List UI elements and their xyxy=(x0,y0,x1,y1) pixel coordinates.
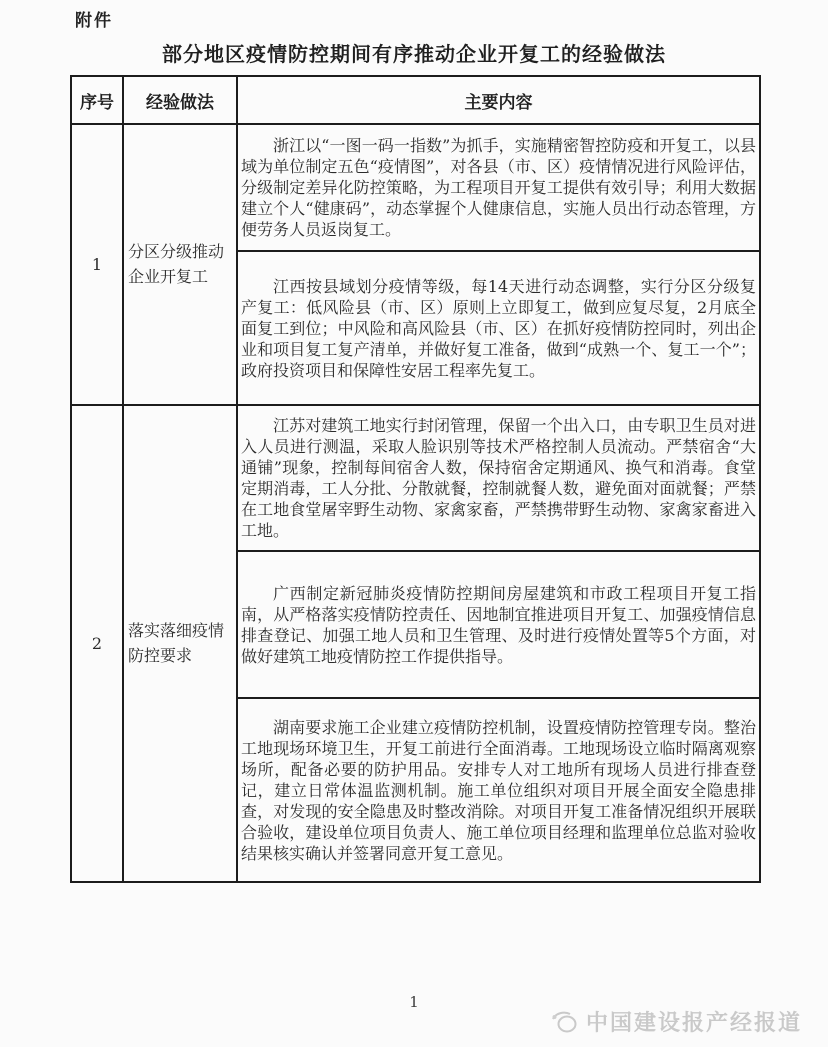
cjsb-logo-icon xyxy=(550,1009,580,1035)
content-cell-jiangsu: 江苏对建筑工地实行封闭管理，保留一个出入口，由专职卫生员对进入人员进行测温，采取… xyxy=(237,405,760,551)
page-title: 部分地区疫情防控期间有序推动企业开复工的经验做法 xyxy=(0,38,828,67)
table-header-row: 序号 经验做法 主要内容 xyxy=(71,76,760,124)
content-cell-jiangxi: 江西按县域划分疫情等级，每14天进行动态调整，实行分区分级复产复工：低风险县（市… xyxy=(237,251,760,405)
experience-table: 序号 经验做法 主要内容 1 分区分级推动企业开复工 浙江以“一图一码一指数”为… xyxy=(70,75,759,883)
header-cell-index: 序号 xyxy=(71,76,123,124)
attachment-label: 附件 xyxy=(75,6,113,31)
content-paragraph: 江西按县域划分疫情等级，每14天进行动态调整，实行分区分级复产复工：低风险县（市… xyxy=(241,276,756,381)
content-paragraph: 广西制定新冠肺炎疫情防控期间房屋建筑和市政工程项目开复工指南，从严格落实疫情防控… xyxy=(241,583,756,667)
practice-name-cell: 落实落细疫情防控要求 xyxy=(123,405,237,882)
table-row: 2 落实落细疫情防控要求 江苏对建筑工地实行封闭管理，保留一个出入口，由专职卫生… xyxy=(71,405,760,551)
content-cell-guangxi: 广西制定新冠肺炎疫情防控期间房屋建筑和市政工程项目开复工指南，从严格落实疫情防控… xyxy=(237,551,760,698)
table-row: 1 分区分级推动企业开复工 浙江以“一图一码一指数”为抓手，实施精密智控防疫和开… xyxy=(71,124,760,251)
watermark-text: 中国建设报产经报道 xyxy=(586,1006,802,1037)
content-cell-hunan: 湖南要求施工企业建立疫情防控机制，设置疫情防控管理专岗。整治工地现场环境卫生，开… xyxy=(237,698,760,882)
content-paragraph: 浙江以“一图一码一指数”为抓手，实施精密智控防疫和开复工，以县域为单位制定五色“… xyxy=(241,135,756,240)
row-index-cell: 1 xyxy=(71,124,123,405)
content-paragraph: 江苏对建筑工地实行封闭管理，保留一个出入口，由专职卫生员对进入人员进行测温，采取… xyxy=(241,415,756,541)
practice-name-cell: 分区分级推动企业开复工 xyxy=(123,124,237,405)
watermark: 中国建设报产经报道 xyxy=(550,1006,802,1037)
content-paragraph: 湖南要求施工企业建立疫情防控机制，设置疫情防控管理专岗。整治工地现场环境卫生，开… xyxy=(241,717,756,864)
row-index-cell: 2 xyxy=(71,405,123,882)
header-cell-practice: 经验做法 xyxy=(123,76,237,124)
content-cell-zhejiang: 浙江以“一图一码一指数”为抓手，实施精密智控防疫和开复工，以县域为单位制定五色“… xyxy=(237,124,760,251)
header-cell-content: 主要内容 xyxy=(237,76,760,124)
